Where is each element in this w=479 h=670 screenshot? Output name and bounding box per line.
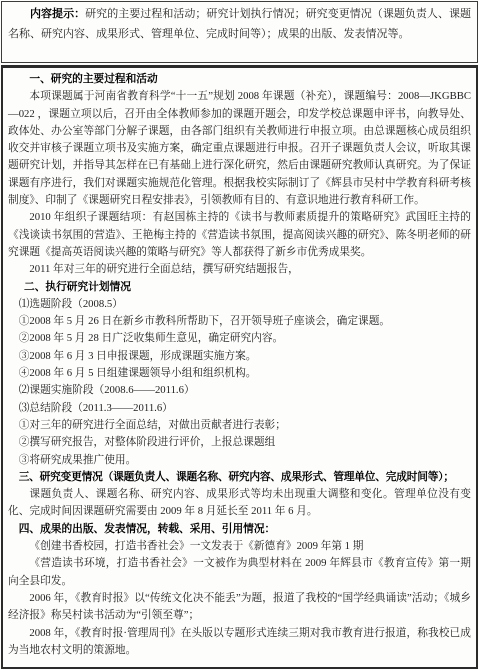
section-1-paragraph-1: 本项课题属于河南省教育科学“十一五”规划 2008 年课题（补充），课题编号：2…: [8, 88, 471, 209]
section-2-item: ①对三年的研究进行全面总结，对做出贡献者进行表彰；: [8, 417, 471, 434]
section-3-paragraph-1: 课题负责人、课题名称、研究内容、成果形式等均未出现重大调整和变化。管理单位没有变…: [8, 486, 471, 521]
section-1-heading: 一、研究的主要过程和活动: [8, 71, 471, 88]
section-1-paragraph-2: 2010 年组织子课题结项：有赵国栋主持的《读书与教师素质提升的策略研究》武国旺…: [8, 209, 471, 261]
scanned-document-page: 内容提示：研究的主要过程和活动；研究计划执行情况；研究变更情况（课题负责人、课题…: [0, 0, 479, 670]
section-2-item: ⑴选题阶段（2008.5）: [8, 296, 471, 313]
section-2-item: ②2008 年 5 月 28 日广泛收集师生意见，确定研究内容。: [8, 330, 471, 347]
section-2-item: ⑶总结阶段（2011.3——2011.6）: [8, 400, 471, 417]
report-body-box: 一、研究的主要过程和活动 本项课题属于河南省教育科学“十一五”规划 2008 年…: [1, 65, 478, 669]
section-4-paragraph-1: 《创建书香校园，打造书香社会》一文发表于《新德育》2009 年第 1 期: [8, 538, 471, 555]
section-3-heading: 三、研究变更情况（课题负责人、课题名称、研究内容、成果形式、管理单位、完成时间等…: [8, 469, 471, 486]
section-2-item: ②撰写研究报告，对整体阶段进行评价，上报总课题组: [8, 434, 471, 451]
section-2-item: ①2008 年 5 月 26 日在新乡市教科所帮助下，召开领导班子座谈会，确定课…: [8, 313, 471, 330]
section-4-paragraph-3: 2006 年，《教育时报》以“传统文化决不能丢”为题，报道了我校的“国学经典诵读…: [8, 590, 471, 625]
content-notice-label: 内容提示：: [30, 8, 85, 20]
section-4-paragraph-2: 《营造读书环境，打造书香社会》一文被作为典型材料在 2009 年辉县市《教育宣传…: [8, 555, 471, 590]
section-2-item: ③将研究成果推广使用。: [8, 452, 471, 469]
section-1-paragraph-3: 2011 年对三年的研究进行全面总结，撰写研究结题报告，: [8, 261, 471, 278]
section-2-heading: 二、执行研究计划情况: [8, 279, 471, 296]
content-notice-paragraph: 内容提示：研究的主要过程和活动；研究计划执行情况；研究变更情况（课题负责人、课题…: [8, 5, 471, 44]
section-4-heading: 四、成果的出版、发表情况，转载、采用、引用情况：: [8, 521, 471, 538]
section-2-item: ③2008 年 6 月 3 日申报课题，形成课题实施方案。: [8, 348, 471, 365]
section-4-paragraph-4: 2008 年，《教育时报·管理周刊》在头版以专题形式连续三期对我市教育进行报道，…: [8, 625, 471, 660]
section-2-item: ⑵课题实施阶段（2008.6——2011.6）: [8, 382, 471, 399]
content-notice-box: 内容提示：研究的主要过程和活动；研究计划执行情况；研究变更情况（课题负责人、课题…: [1, 1, 478, 63]
section-2-item: ④2008 年 6 月 5 日组建课题领导小组和组织机构。: [8, 365, 471, 382]
